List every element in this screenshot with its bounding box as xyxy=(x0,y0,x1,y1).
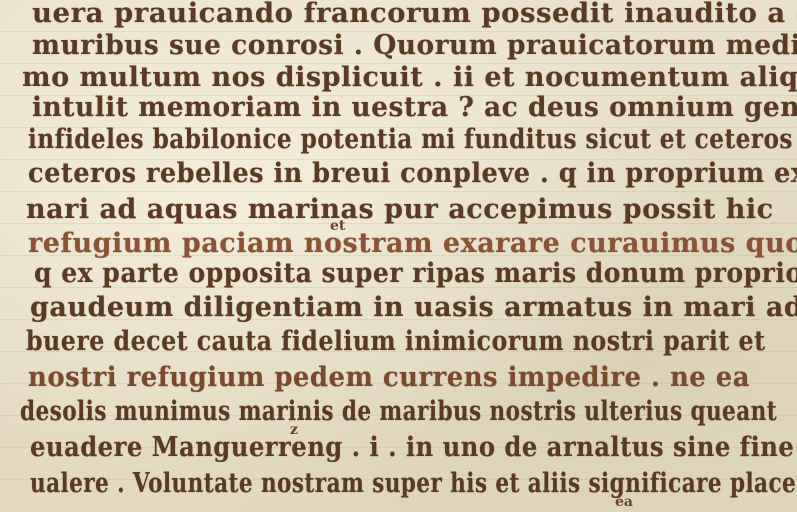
interlinear-gloss: ea xyxy=(615,494,633,510)
manuscript-line: intulit memoriam in uestra ? ac deus omn… xyxy=(32,92,797,123)
manuscript-line: nostri refugium pedem currens impedire .… xyxy=(28,362,750,393)
manuscript-line: euadere Manguerreng . i . in uno de arna… xyxy=(30,432,794,463)
manuscript-line: ualere . Voluntate nostram super his et … xyxy=(30,468,797,499)
ruling-line xyxy=(0,191,797,192)
manuscript-line: q ex parte opposita super ripas maris do… xyxy=(34,258,797,289)
manuscript-line: mo multum nos displicuit . ii et nocumen… xyxy=(22,62,797,93)
manuscript-line: muribus sue conrosi . Quorum prauicatoru… xyxy=(32,30,797,61)
manuscript-line: uera prauicando francorum possedit inaud… xyxy=(32,0,797,29)
manuscript-line: infideles babilonice potentia mi funditu… xyxy=(28,124,793,155)
manuscript-line: nari ad aquas marinas pur accepimus poss… xyxy=(26,194,774,225)
manuscript-line: refugium paciam nostram exarare curauimu… xyxy=(28,228,797,259)
manuscript-line: buere decet cauta fidelium inimicorum no… xyxy=(26,326,765,357)
manuscript-line: desolis munimus marinis de maribus nostr… xyxy=(20,396,777,427)
manuscript-line: gaudeum diligentiam in uasis armatus in … xyxy=(30,292,797,323)
manuscript-page: uera prauicando francorum possedit inaud… xyxy=(0,0,797,512)
manuscript-line: ceteros rebelles in breui conpleve . q i… xyxy=(28,158,797,189)
